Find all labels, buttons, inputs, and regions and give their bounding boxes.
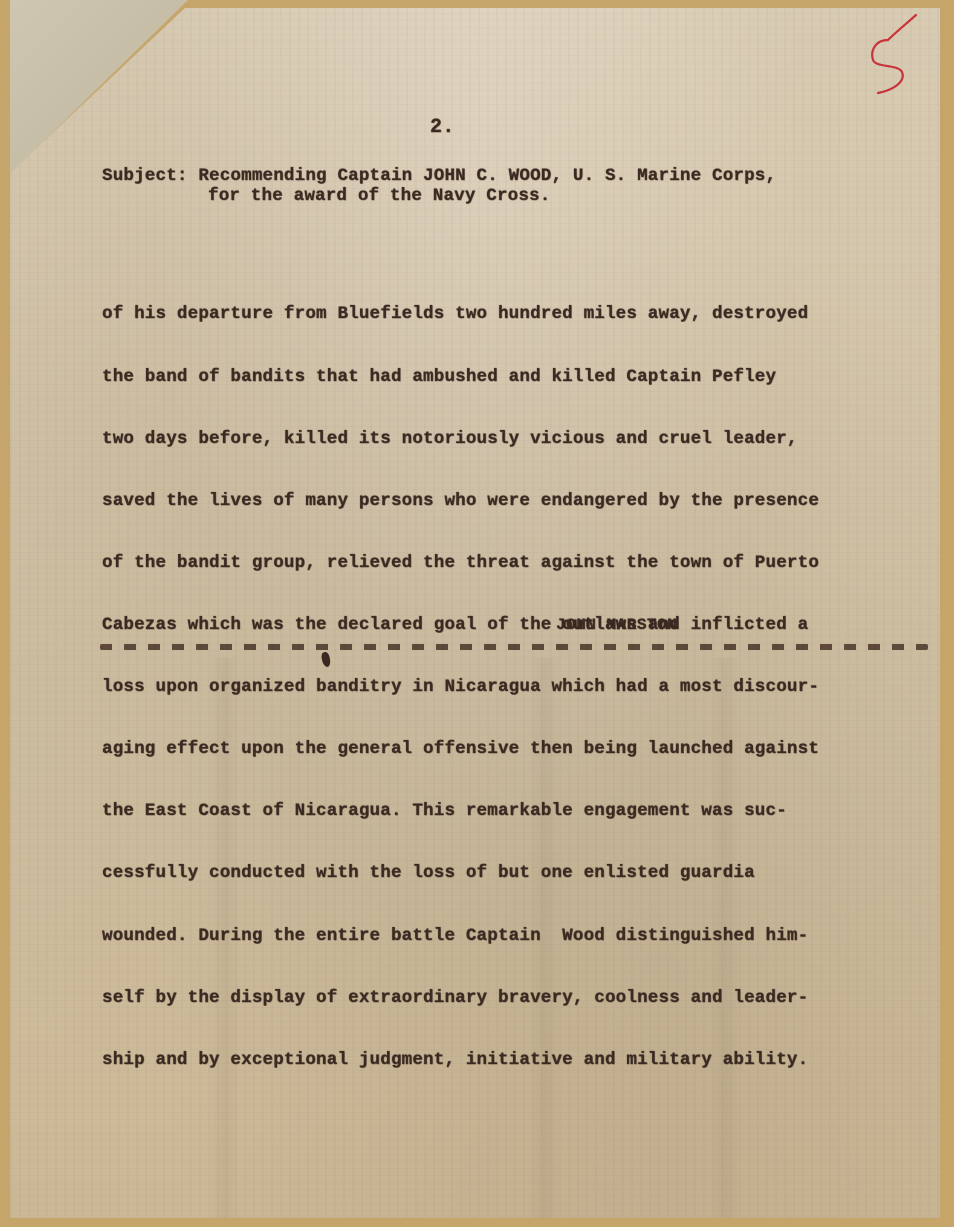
body-line: the band of bandits that had ambushed an… [102, 367, 819, 388]
signature: JOHN MARSTON [556, 616, 677, 634]
body-line: the East Coast of Nicaragua. This remark… [102, 801, 819, 822]
subject-line-continued: for the award of the Navy Cross. [208, 186, 550, 206]
body-line: two days before, killed its notoriously … [102, 429, 819, 450]
body-paragraph: of his departure from Bluefields two hun… [102, 263, 819, 1091]
subject-line: Subject: Recommending Captain JOHN C. WO… [102, 166, 776, 186]
dashed-separator [100, 644, 928, 650]
body-line: self by the display of extraordinary bra… [102, 988, 819, 1009]
body-line: wounded. During the entire battle Captai… [102, 926, 819, 947]
body-line: loss upon organized banditry in Nicaragu… [102, 677, 819, 698]
page-number: 2. [430, 116, 454, 139]
body-line: Cabezas which was the declared goal of t… [102, 615, 819, 636]
body-line: ship and by exceptional judgment, initia… [102, 1050, 819, 1071]
body-line: cessfully conducted with the loss of but… [102, 863, 819, 884]
body-line: of his departure from Bluefields two hun… [102, 304, 819, 325]
body-line: aging effect upon the general offensive … [102, 739, 819, 760]
body-line: of the bandit group, relieved the threat… [102, 553, 819, 574]
body-line: saved the lives of many persons who were… [102, 491, 819, 512]
red-annotation-mark-icon [868, 10, 918, 95]
